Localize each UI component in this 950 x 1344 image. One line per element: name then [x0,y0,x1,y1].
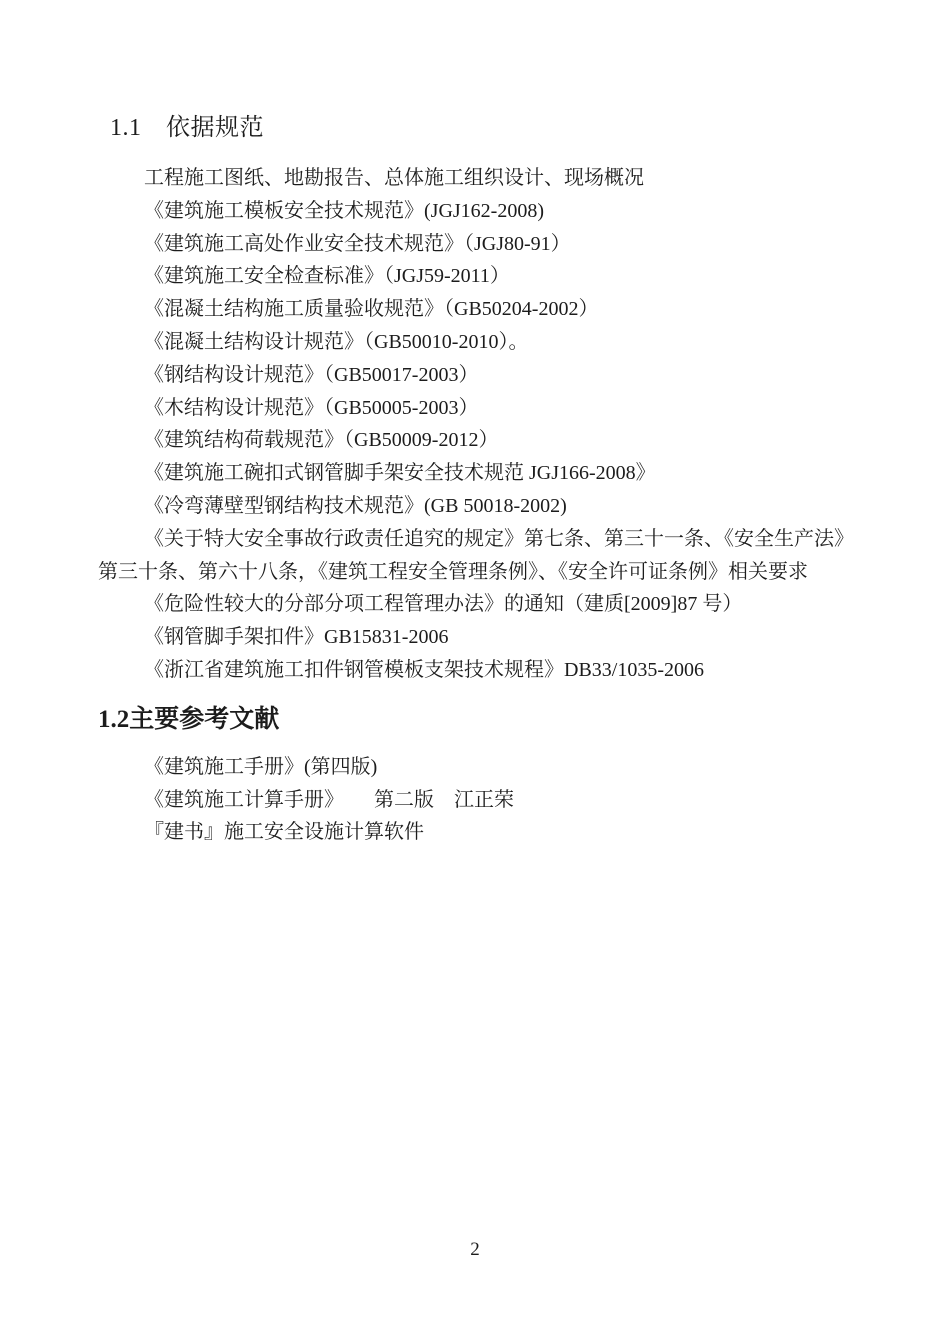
section-1-1-body: 工程施工图纸、地勘报告、总体施工组织设计、现场概况 《建筑施工模板安全技术规范》… [98,162,870,687]
page-number: 2 [0,1238,950,1262]
reference-line: 《浙江省建筑施工扣件钢管模板支架技术规程》DB33/1035-2006 [98,654,870,687]
reference-line: 《关于特大安全事故行政责任追究的规定》第七条、第三十一条、《安全生产法》第三十条… [98,523,870,589]
section-heading-1-1: 1.1 依据规范 [110,112,870,144]
reference-line: 《建筑施工计算手册》 第二版 江正荣 [98,784,870,817]
reference-line: 《钢结构设计规范》（GB50017-2003） [98,359,870,392]
section-1-2-body: 《建筑施工手册》(第四版) 《建筑施工计算手册》 第二版 江正荣 『建书』施工安… [98,751,870,849]
reference-line: 《木结构设计规范》（GB50005-2003） [98,392,870,425]
reference-line: 《建筑施工模板安全技术规范》(JGJ162-2008) [98,195,870,228]
reference-line: 《建筑施工安全检查标准》（JGJ59-2011） [98,260,870,293]
reference-line: 《建筑施工碗扣式钢管脚手架安全技术规范 JGJ166-2008》 [98,457,870,490]
reference-line: 『建书』施工安全设施计算软件 [98,816,870,849]
document-content: 1.1 依据规范 工程施工图纸、地勘报告、总体施工组织设计、现场概况 《建筑施工… [98,112,870,849]
reference-line: 《钢管脚手架扣件》GB15831-2006 [98,621,870,654]
section-heading-1-2: 1.2主要参考文献 [98,703,870,737]
reference-line: 《建筑施工手册》(第四版) [98,751,870,784]
reference-line: 《冷弯薄壁型钢结构技术规范》(GB 50018-2002) [98,490,870,523]
reference-line: 《建筑施工高处作业安全技术规范》（JGJ80-91） [98,228,870,261]
reference-line: 工程施工图纸、地勘报告、总体施工组织设计、现场概况 [98,162,870,195]
reference-line: 《混凝土结构设计规范》（GB50010-2010）。 [98,326,870,359]
document-page: 1.1 依据规范 工程施工图纸、地勘报告、总体施工组织设计、现场概况 《建筑施工… [0,0,950,1344]
reference-line: 《危险性较大的分部分项工程管理办法》的通知（建质[2009]87 号） [98,588,870,621]
reference-line: 《混凝土结构施工质量验收规范》（GB50204-2002） [98,293,870,326]
reference-line: 《建筑结构荷载规范》（GB50009-2012） [98,424,870,457]
